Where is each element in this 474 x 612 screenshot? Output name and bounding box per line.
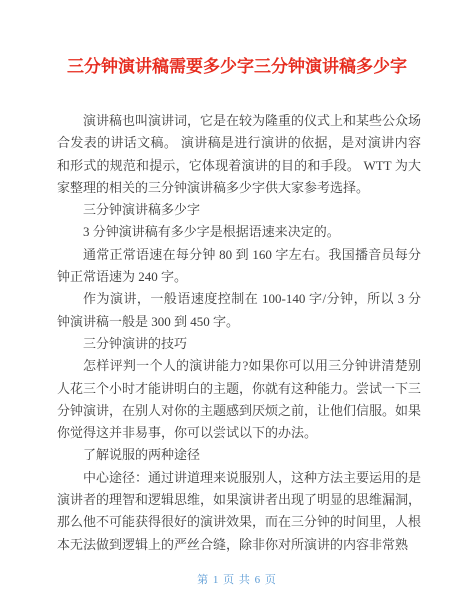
document-body: 演讲稿也叫演讲词，它是在较为隆重的仪式上和某些公众场合发表的讲话文稿。 演讲稿是… — [57, 110, 421, 556]
paragraph-word-range: 作为演讲，一般语速度控制在 100-140 字/分钟，所以 3 分钟演讲稿一般是… — [57, 288, 421, 333]
document-page: 三分钟演讲稿需要多少字三分钟演讲稿多少字 演讲稿也叫演讲词，它是在较为隆重的仪式… — [0, 0, 474, 612]
page-footer: 第 1 页 共 6 页 — [0, 571, 474, 587]
paragraph-central-route: 中心途径：通过讲道理来说服别人，这种方法主要运用的是演讲者的理智和逻辑思维，如果… — [57, 467, 421, 556]
paragraph-intro: 演讲稿也叫演讲词，它是在较为隆重的仪式上和某些公众场合发表的讲话文稿。 演讲稿是… — [57, 110, 421, 199]
heading-word-count: 三分钟演讲稿多少字 — [57, 199, 421, 221]
page-number-label: 第 1 页 共 6 页 — [197, 574, 277, 586]
paragraph-speed-range: 通常正常语速在每分钟 80 到 160 字左右。我国播音员每分钟正常语速为 24… — [57, 244, 421, 289]
paragraph-speed-rule: 3 分钟演讲稿有多少字是根据语速来决定的。 — [57, 221, 421, 243]
heading-persuasion: 了解说服的两种途径 — [57, 444, 421, 466]
heading-skills: 三分钟演讲的技巧 — [57, 333, 421, 355]
document-title: 三分钟演讲稿需要多少字三分钟演讲稿多少字 — [0, 55, 474, 79]
paragraph-ability: 怎样评判一个人的演讲能力?如果你可以用三分钟讲清楚别人花三个小时才能讲明白的主题… — [57, 355, 421, 444]
